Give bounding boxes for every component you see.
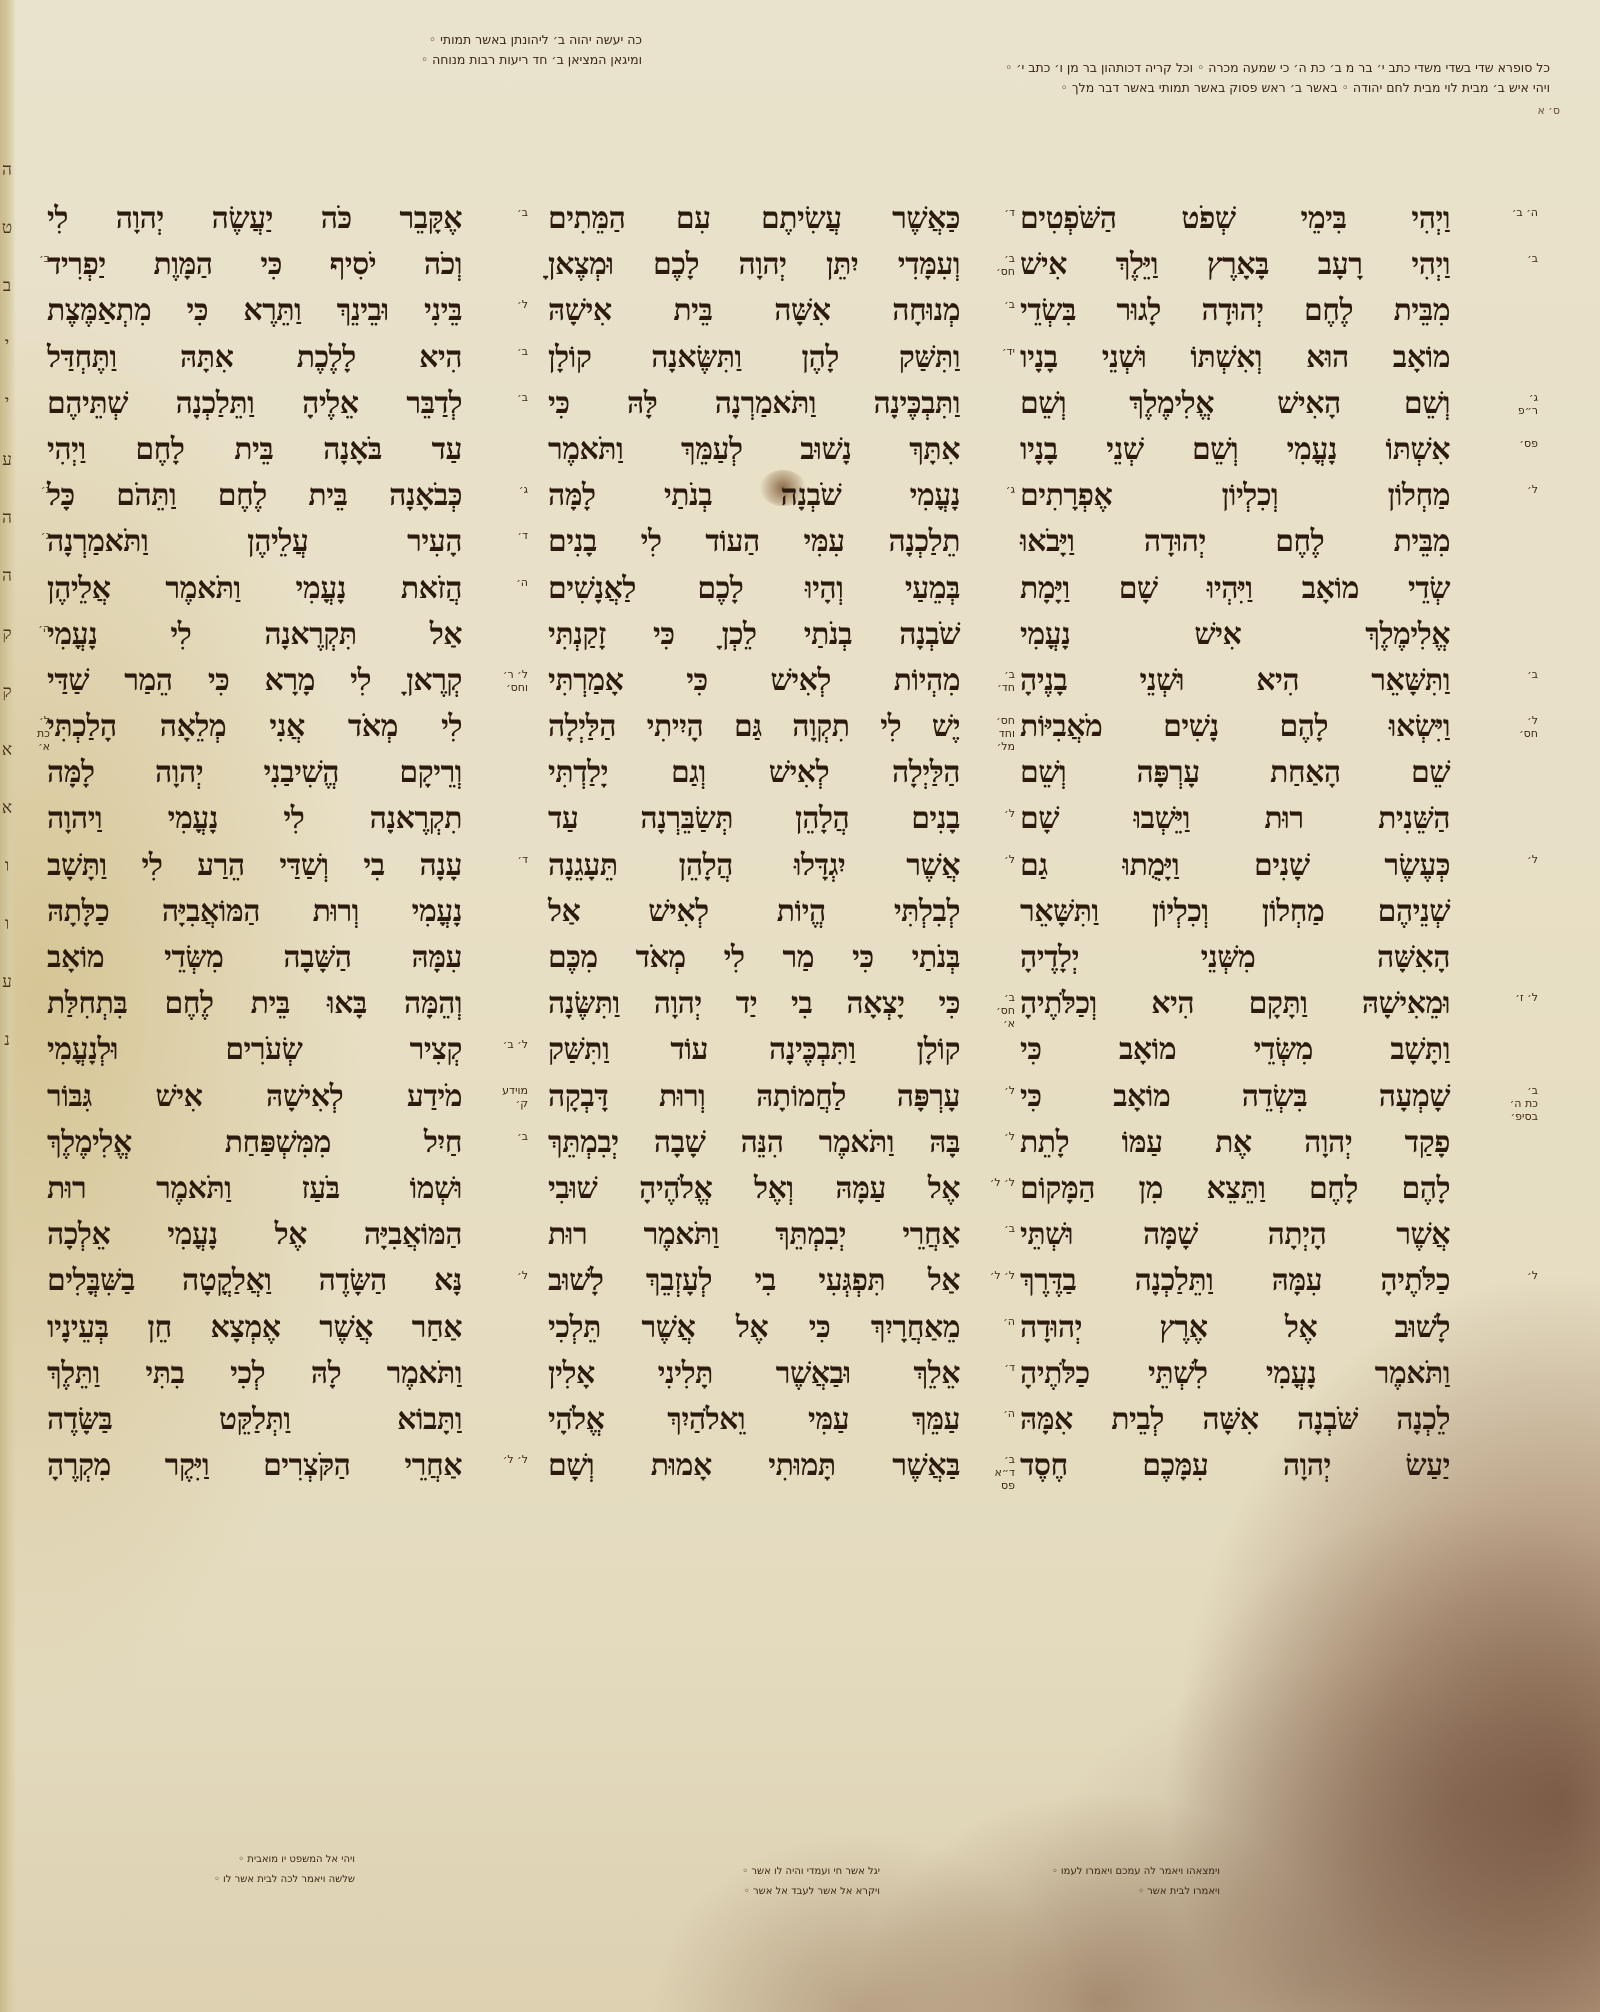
margin-note: ל׳ xyxy=(517,1269,528,1282)
text-line: וַתָּבוֹא וַתְּלַקֵּט בַּשָּׂדֶה xyxy=(47,1397,462,1443)
margin-note: ב׳ xyxy=(1004,298,1015,311)
text-line: עַד בֹּאָנָה בֵּית לָחֶם וַיְהִי xyxy=(47,427,462,473)
text-line: קְרֶאןָ לִי מָרָא כִּי הֵמַר שַׁדַּי xyxy=(47,658,462,704)
margin-note-text: וחד xyxy=(996,727,1015,740)
margin-note: ב׳ xyxy=(1527,668,1538,681)
margin-note-text: ד״א xyxy=(995,1466,1015,1479)
text-line: בֵּינִי וּבֵינֵךְ וַתֵּרֶא כִּי מִתְאַמֶ… xyxy=(47,288,462,334)
margin-note: ה׳ ב׳ xyxy=(1512,206,1538,219)
masorah-line: ויהי אל המשפט יו מואבית ◦ xyxy=(214,1850,355,1870)
margin-note-text: ב׳ xyxy=(39,252,50,265)
margin-note-text: ל׳ xyxy=(1527,1269,1538,1282)
text-line: עַמֵּךְ עַמִּי וֵאלֹהַיִךְ אֱלֹהָי xyxy=(548,1397,960,1443)
margin-note-text: חס׳ xyxy=(996,265,1015,278)
margin-note-text: יד׳ xyxy=(1002,345,1015,358)
margin-note: ה׳ xyxy=(38,622,50,635)
margin-note-text: ב׳ xyxy=(1510,1084,1538,1097)
margin-note-text: ל׳ xyxy=(1004,807,1015,820)
margin-note: ל׳ ב׳ xyxy=(503,1038,528,1051)
text-column-right: וַיְהִי בִּימֵי שְׁפֹט הַשֹּׁפְטִיםוַיְה… xyxy=(1020,196,1450,1489)
text-line: וְהֵמָּה בָּאוּ בֵּית לֶחֶם בִּתְחִלַּת xyxy=(47,981,462,1027)
margin-note: ל׳ ל׳ xyxy=(990,1176,1015,1189)
margin-note: ב׳ xyxy=(1004,1222,1015,1235)
text-line: הַלַּיְלָה לְאִישׁ וְגַם יָלַדְתִּי xyxy=(548,750,960,796)
text-line: וּשְׁמוֹ בֹּעַז וַתֹּאמֶר רוּת xyxy=(47,1166,462,1212)
text-line: וַתֹּאמֶר נָעֳמִי לִשְׁתֵּי כַלֹּתֶיהָ xyxy=(1020,1351,1450,1397)
text-line: הִיא לָלֶכֶת אִתָּהּ וַתֶּחְדַּל xyxy=(47,335,462,381)
margin-note-text: ד׳ xyxy=(517,853,528,866)
margin-note-text: ג׳ xyxy=(41,529,50,542)
margin-note: ל׳ xyxy=(517,298,528,311)
margin-note: ל׳ xyxy=(1004,807,1015,820)
text-line: כַלֹּתֶיהָ עִמָּהּ וַתֵּלַכְנָה בַדֶּרֶך… xyxy=(1020,1258,1450,1304)
text-line: וַתֹּאמֶר לָהּ לְכִי בִתִּי וַתֵּלֶךְ xyxy=(47,1351,462,1397)
margin-note-text: ב׳ xyxy=(1527,252,1538,265)
text-line: וַתִּבְכֶּינָה וַתֹּאמַרְנָה לָּהּ כִּי xyxy=(548,381,960,427)
margin-note: ב׳ xyxy=(517,206,528,219)
margin-note: ב׳ד״אפס xyxy=(995,1453,1015,1492)
margin-note-text: בסיפ׳ xyxy=(1510,1110,1538,1123)
margin-note: ל׳ xyxy=(1004,1084,1015,1097)
margin-note-text: חס׳ xyxy=(1519,727,1538,740)
text-line: מַחְלוֹן וְכִלְיוֹן אֶפְרָתִים xyxy=(1020,473,1450,519)
masorah-line: ויאמרו לבית אשר ◦ xyxy=(1052,1882,1220,1902)
margin-note-text: חס׳ xyxy=(996,1004,1015,1017)
margin-note-text: ד׳ xyxy=(517,529,528,542)
masorah-line: ויהי איש ב׳ מבית לוי מבית לחם יהודה ◦ בא… xyxy=(1005,78,1550,98)
text-line: מִהְיוֹת לְאִישׁ כִּי אָמַרְתִּי xyxy=(548,658,960,704)
margin-note-text: ב׳ xyxy=(997,668,1015,681)
margin-note-text: ג׳ xyxy=(1006,483,1015,496)
text-line: לָשׁוּב אֶל אֶרֶץ יְהוּדָה xyxy=(1020,1305,1450,1351)
text-line: יֶשׁ לִי תִקְוָה גַּם הָיִיתִי הַלַּיְלָ… xyxy=(548,704,960,750)
text-line: קוֹלָן וַתִּבְכֶּינָה עוֹד וַתִּשַּׁק xyxy=(548,1027,960,1073)
text-line: תִקְרֶאנָה לִי נָעֳמִי וַיהוָה xyxy=(47,796,462,842)
text-line: הַמּוֹאֲבִיָּה אֶל נָעֳמִי אֵלְכָה xyxy=(47,1212,462,1258)
text-line: מְנוּחָה אִשָּׁה בֵּית אִישָׁהּ xyxy=(548,288,960,334)
text-line: עָנָה בִי וְשַׁדַּי הֵרַע לִי וַתָּשָׁב xyxy=(47,843,462,889)
margin-note: ב׳ xyxy=(1527,252,1538,265)
margin-note: ל׳כתא׳ xyxy=(37,714,50,753)
margin-note: ג׳ xyxy=(41,483,50,496)
margin-note-text: ג׳ xyxy=(1518,391,1538,404)
margin-note-text: מל׳ xyxy=(996,740,1015,753)
text-line: וַיְהִי רָעָב בָּאָרֶץ וַיֵּלֶךְ אִישׁ xyxy=(1020,242,1450,288)
margin-note: ב׳חס׳ xyxy=(996,252,1015,278)
text-column-left: אֶקָּבֵר כֹּה יַעֲשֶׂה יְהוָה לִיוְכֹה י… xyxy=(47,196,462,1489)
text-line: שְׁנֵיהֶם מַחְלוֹן וְכִלְיוֹן וַתִּשָּׁא… xyxy=(1020,889,1450,935)
margin-note-text: א׳ xyxy=(996,1017,1015,1030)
margin-note: ב׳ xyxy=(517,345,528,358)
previous-page-edge-letters: הטבייעההקקאאווענ xyxy=(0,160,14,1050)
masorah-line: שלשה ויאמר לכה לבית אשר לו ◦ xyxy=(214,1870,355,1890)
margin-note: ה׳ xyxy=(1003,1315,1015,1328)
margin-note-text: וחס׳ xyxy=(503,681,528,694)
margin-note-text: ל׳ ז׳ xyxy=(1515,991,1538,1004)
text-line: לִי מְאֹד אֲנִי מְלֵאָה הָלַכְתִּי xyxy=(47,704,462,750)
margin-note: ג׳ xyxy=(41,529,50,542)
text-line: תֵלַכְנָה עִמִּי הַעוֹד לִי בָנִים xyxy=(548,519,960,565)
masorah-line: וימצאהו ויאמר לה עמכם ויאמרו לעמו ◦ xyxy=(1052,1862,1220,1882)
text-column-middle: כַּאֲשֶׁר עֲשִׂיתֶם עִם הַמֵּתִיםוְעִמָּ… xyxy=(548,196,960,1489)
edge-letter: ק xyxy=(0,682,14,702)
margin-note: ד׳ xyxy=(1004,1361,1015,1374)
margin-note: ל׳ ז׳ xyxy=(1515,991,1538,1004)
margin-note-text: ל׳ xyxy=(37,714,50,727)
margin-note-text: ב׳ xyxy=(517,206,528,219)
margin-note-text: ק׳ xyxy=(502,1097,528,1110)
margin-note-text: ד׳ xyxy=(1004,206,1015,219)
text-line: פָקַד יְהוָה אֶת עַמּוֹ לָתֵת xyxy=(1020,1120,1450,1166)
margin-note-text: ב׳ xyxy=(1004,1222,1015,1235)
margin-note-text: ה׳ xyxy=(38,622,50,635)
text-line: מֹידַע לְאִישָׁהּ אִישׁ גִּבּוֹר xyxy=(47,1074,462,1120)
text-line: וַיְהִי בִּימֵי שְׁפֹט הַשֹּׁפְטִים xyxy=(1020,196,1450,242)
masorah-line: ומיגאן המציאן ב׳ חד ריעות רבות מנוחה ◦ xyxy=(421,50,642,70)
text-line: אֶקָּבֵר כֹּה יַעֲשֶׂה יְהוָה לִי xyxy=(47,196,462,242)
margin-note: ה׳ xyxy=(516,576,528,589)
margin-note: ל׳חס׳ xyxy=(1519,714,1538,740)
text-line: בָנִים הֲלָהֵן תְּשַׂבֵּרְנָה עַד xyxy=(548,796,960,842)
margin-note-text: ה׳ ב׳ xyxy=(1512,206,1538,219)
margin-note-text: ה׳ xyxy=(1003,1315,1015,1328)
margin-note: ל׳ ל׳ xyxy=(990,1269,1015,1282)
margin-note-text: ה׳ xyxy=(1003,1407,1015,1420)
folio-corner-mark: ס׳ א xyxy=(1537,104,1560,117)
margin-note-text: חד׳ xyxy=(997,681,1015,694)
margin-note: ל׳ xyxy=(1527,853,1538,866)
edge-letter: ו xyxy=(0,914,14,934)
margin-note-text: ל׳ xyxy=(1004,853,1015,866)
masorah-magna-bottom-left: ויהי אל המשפט יו מואבית ◦ שלשה ויאמר לכה… xyxy=(214,1850,355,1890)
margin-note: ל׳ ר׳וחס׳ xyxy=(503,668,528,694)
text-line: הַשֵּׁנִית רוּת וַיֵּשְׁבוּ שָׁם xyxy=(1020,796,1450,842)
text-line: אֵלֵךְ וּבַאֲשֶׁר תָּלִינִי אָלִין xyxy=(548,1351,960,1397)
text-line: אִתָּךְ נָשׁוּב לְעַמֵּךְ וַתֹּאמֶר xyxy=(548,427,960,473)
margin-note-text: ל׳ xyxy=(1519,714,1538,727)
margin-note: ב׳ xyxy=(517,1130,528,1143)
margin-note-text: ל׳ xyxy=(517,298,528,311)
text-line: קְצִיר שְׂעֹרִים וּלְנָעֳמִי xyxy=(47,1027,462,1073)
text-line: וְשֵׁם הָאִישׁ אֱלִימֶלֶךְ וְשֵׁם xyxy=(1020,381,1450,427)
text-line: הָאִשָּׁה מִשְּׁנֵי יְלָדֶיהָ xyxy=(1020,935,1450,981)
margin-note-text: ב׳ xyxy=(517,1130,528,1143)
text-line: וְרֵיקָם הֱשִׁיבַנִי יְהוָה לָמָּה xyxy=(47,750,462,796)
text-line: מֵאַחֲרָיִךְ כִּי אֶל אֲשֶׁר תֵּלְכִי xyxy=(548,1305,960,1351)
margin-note-text: ב׳ xyxy=(996,252,1015,265)
masorah-magna-bottom-middle: יגל אשר חי ועמדי והיה לו אשר ◦ ויקרא אל … xyxy=(742,1862,880,1902)
margin-note-text: ב׳ xyxy=(517,391,528,404)
margin-note: ל׳ xyxy=(1004,1130,1015,1143)
text-line: הָעִיר עֲלֵיהֶן וַתֹּאמַרְנָה xyxy=(47,519,462,565)
margin-note: מוידעק׳ xyxy=(502,1084,528,1110)
edge-letter: ה xyxy=(0,566,14,586)
margin-note-text: ל׳ xyxy=(1527,853,1538,866)
edge-letter: ה xyxy=(0,160,14,180)
text-line: שֵׁם הָאַחַת עָרְפָּה וְשֵׁם xyxy=(1020,750,1450,796)
text-line: וַתִּשָּׁאֵר הִיא וּשְׁנֵי בָנֶיהָ xyxy=(1020,658,1450,704)
text-line: וַתָּשָׁב מִשְּׂדֵי מוֹאָב כִּי xyxy=(1020,1027,1450,1073)
text-line: וַיִּשְׂאוּ לָהֶם נָשִׁים מֹאֲבִיּוֹת xyxy=(1020,704,1450,750)
margin-note: ל׳ ל׳ xyxy=(503,1453,528,1466)
margin-note-text: ל׳ ר׳ xyxy=(503,668,528,681)
text-line: מִבֵּית לֶחֶם יְהוּדָה וַיָּבֹאוּ xyxy=(1020,519,1450,565)
text-line: אֶל עַמָּהּ וְאֶל אֱלֹהֶיהָ שׁוּבִי xyxy=(548,1166,960,1212)
margin-note-text: ל׳ xyxy=(517,1269,528,1282)
margin-note-text: ל׳ ל׳ xyxy=(990,1269,1015,1282)
edge-letter: י xyxy=(0,392,14,412)
text-line: נָּא הַשָּׂדֶה וַאֲלַקֳטָה בַשִּׁבֳּלִים xyxy=(47,1258,462,1304)
text-line: אֲשֶׁר הָיְתָה שָׁמָּה וּשְׁתֵּי xyxy=(1020,1212,1450,1258)
margin-note-text: פס׳ xyxy=(1519,437,1538,450)
margin-note-text: חס׳ xyxy=(996,714,1015,727)
margin-note-text: ל׳ ל׳ xyxy=(503,1453,528,1466)
text-line: אֱלִימֶלֶךְ אִישׁ נָעֳמִי xyxy=(1020,612,1450,658)
text-line: וְכֹה יֹסִיף כִּי הַמָּוֶת יַפְרִיד xyxy=(47,242,462,288)
edge-letter: ק xyxy=(0,624,14,644)
masorah-line: כה יעשה יהוה ב׳ ליהונתן באשר תמותי ◦ xyxy=(421,30,642,50)
text-line: לְדַבֵּר אֵלֶיהָ וַתֵּלַכְנָה שְׁתֵּיהֶם xyxy=(47,381,462,427)
margin-note: ב׳ xyxy=(39,252,50,265)
margin-note: ב׳ xyxy=(517,391,528,404)
text-line: מוֹאָב הוּא וְאִשְׁתּוֹ וּשְׁנֵי בָנָיו xyxy=(1020,335,1450,381)
margin-note: ג׳ xyxy=(519,483,528,496)
text-line: שֹׁבְנָה בְנֹתַי לֵכְןָ כִּי זָקַנְתִּי xyxy=(548,612,960,658)
masorah-magna-top-right: כל סופרא שדי בשדי משדי כתב י׳ בר מ ב׳ כת… xyxy=(1005,58,1550,98)
edge-letter: א xyxy=(0,798,14,818)
margin-note-text: ל׳ ל׳ xyxy=(990,1176,1015,1189)
edge-letter: ב xyxy=(0,276,14,296)
text-line: כְּעֶשֶׂר שָׁנִים וַיָּמֻתוּ גַם xyxy=(1020,843,1450,889)
text-line: שָׁמְעָה בִּשְׂדֵה מוֹאָב כִּי xyxy=(1020,1074,1450,1120)
masorah-line: ויקרא אל אשר לעבד אל אשר ◦ xyxy=(742,1882,880,1902)
text-line: עָרְפָּה לַחֲמוֹתָהּ וְרוּת דָּבְקָה xyxy=(548,1074,960,1120)
edge-letter: ו xyxy=(0,856,14,876)
margin-note: חס׳וחדמל׳ xyxy=(996,714,1015,753)
text-line: לֵכְנָה שֹּׁבְנָה אִשָּׁה לְבֵית אִמָּהּ xyxy=(1020,1397,1450,1443)
margin-note-text: כת ה׳ xyxy=(1510,1097,1538,1110)
margin-note-text: ר״פ xyxy=(1518,404,1538,417)
text-line: לְבִלְתִּי הֱיוֹת לְאִישׁ אַל xyxy=(548,889,960,935)
margin-note-text: כת xyxy=(37,727,50,740)
text-line: כְּבֹאָנָה בֵּית לֶחֶם וַתֵּהֹם כָּל xyxy=(47,473,462,519)
text-line: יַעַשׂ יְהוָה עִמָּכֶם חֶסֶד xyxy=(1020,1443,1450,1489)
text-line: נָעֳמִי שֹׁבְנָה בְנֹתַי לָמָּה xyxy=(548,473,960,519)
text-line: אִשְׁתּוֹ נָעֳמִי וְשֵׁם שְׁנֵי בָנָיו xyxy=(1020,427,1450,473)
text-line: וְעִמָּדִי יִתֵּן יְהוָה לָכֶם וּמְצֶאןָ xyxy=(548,242,960,288)
edge-letter: א xyxy=(0,740,14,760)
margin-note-text: ב׳ xyxy=(995,1453,1015,1466)
edge-letter: ה xyxy=(0,508,14,528)
margin-note: ל׳ xyxy=(1527,1269,1538,1282)
text-line: כַּאֲשֶׁר עֲשִׂיתֶם עִם הַמֵּתִים xyxy=(548,196,960,242)
text-line: וַתִּשַּׁק לָהֶן וַתִּשֶּׂאנָה קוֹלָן xyxy=(548,335,960,381)
text-line: אַחֲרֵי הַקֹּצְרִים וַיִּקֶר מִקְרֶהָ xyxy=(47,1443,462,1489)
masorah-magna-top-left: כה יעשה יהוה ב׳ ליהונתן באשר תמותי ◦ ומי… xyxy=(421,30,642,70)
margin-note: ב׳חד׳ xyxy=(997,668,1015,694)
edge-letter: ט xyxy=(0,218,14,238)
margin-note: ב׳כת ה׳בסיפ׳ xyxy=(1510,1084,1538,1123)
margin-note: ב׳חס׳א׳ xyxy=(996,991,1015,1030)
margin-note-text: א׳ xyxy=(37,740,50,753)
margin-note: ל׳ xyxy=(1527,483,1538,496)
masorah-line: כל סופרא שדי בשדי משדי כתב י׳ בר מ ב׳ כת… xyxy=(1005,58,1550,78)
text-line: בָּהּ וַתֹּאמֶר הִנֵּה שָׁבָה יְבִמְתֵּך… xyxy=(548,1120,960,1166)
text-line: שְׂדֵי מוֹאָב וַיִּהְיוּ שָׁם וַיָּמָת xyxy=(1020,566,1450,612)
text-line: אַל תִּקְרֶאנָה לִי נָעֳמִי xyxy=(47,612,462,658)
margin-note-text: ג׳ xyxy=(41,483,50,496)
text-line: בְּנֹתַי כִּי מַר לִי מְאֹד מִכֶּם xyxy=(548,935,960,981)
text-line: אַל תִּפְגְּעִי בִי לְעָזְבֵךְ לָשׁוּב xyxy=(548,1258,960,1304)
margin-note-text: ב׳ xyxy=(517,345,528,358)
text-line: בַּאֲשֶׁר תָּמוּתִי אָמוּת וְשָׁם xyxy=(548,1443,960,1489)
text-line: מִבֵּית לֶחֶם יְהוּדָה לָגוּר בִּשְׂדֵי xyxy=(1020,288,1450,334)
text-line: חַיִל מִמִּשְׁפַּחַת אֱלִימֶלֶךְ xyxy=(47,1120,462,1166)
margin-note: ה׳ xyxy=(1003,1407,1015,1420)
margin-note: ל׳ xyxy=(1004,853,1015,866)
margin-note-text: פס xyxy=(995,1479,1015,1492)
text-line: אַחֲרֵי יְבִמְתֵּךְ וַתֹּאמֶר רוּת xyxy=(548,1212,960,1258)
margin-note-text: ד׳ xyxy=(1004,1361,1015,1374)
edge-letter: נ xyxy=(0,1030,14,1050)
text-line: אַחַר אֲשֶׁר אֶמְצָא חֵן בְּעֵינָיו xyxy=(47,1305,462,1351)
margin-note-text: ב׳ xyxy=(1004,298,1015,311)
text-line: נָעֳמִי וְרוּת הַמּוֹאֲבִיָּה כַלָּתָהּ xyxy=(47,889,462,935)
margin-note-text: ג׳ xyxy=(519,483,528,496)
edge-letter: ע xyxy=(0,450,14,470)
margin-note-text: מוידע xyxy=(502,1084,528,1097)
edge-letter: ע xyxy=(0,972,14,992)
margin-note: יד׳ xyxy=(1002,345,1015,358)
text-line: הֲזֹאת נָעֳמִי וַתֹּאמֶר אֲלֵיהֶן xyxy=(47,566,462,612)
margin-note: ד׳ xyxy=(517,529,528,542)
masorah-magna-bottom-right: וימצאהו ויאמר לה עמכם ויאמרו לעמו ◦ ויאמ… xyxy=(1052,1862,1220,1902)
margin-note: פס׳ xyxy=(1519,437,1538,450)
margin-note-text: ל׳ xyxy=(1004,1130,1015,1143)
margin-note: ג׳ר״פ xyxy=(1518,391,1538,417)
masorah-line: יגל אשר חי ועמדי והיה לו אשר ◦ xyxy=(742,1862,880,1882)
margin-note: ד׳ xyxy=(517,853,528,866)
margin-note-text: ב׳ xyxy=(1527,668,1538,681)
text-line: בְּמֵעַי וְהָיוּ לָכֶם לַאֲנָשִׁים xyxy=(548,566,960,612)
text-line: וּמֵאִישָׁהּ וַתָּקָם הִיא וְכַלֹּתֶיהָ xyxy=(1020,981,1450,1027)
margin-note-text: ה׳ xyxy=(516,576,528,589)
text-line: כִּי יָצְאָה בִי יַד יְהוָה וַתִּשֶּׂנָה xyxy=(548,981,960,1027)
margin-note-text: ב׳ xyxy=(996,991,1015,1004)
margin-note: ד׳ xyxy=(1004,206,1015,219)
margin-note-text: ל׳ ב׳ xyxy=(503,1038,528,1051)
text-line: עִמָּהּ הַשָּׁבָה מִשְּׂדֵי מוֹאָב xyxy=(47,935,462,981)
margin-note-text: ל׳ xyxy=(1004,1084,1015,1097)
margin-note: ג׳ xyxy=(1006,483,1015,496)
text-line: לָהֶם לָחֶם וַתֵּצֵא מִן הַמָּקוֹם xyxy=(1020,1166,1450,1212)
edge-letter: י xyxy=(0,334,14,354)
text-line: אֲשֶׁר יִגְדָּלוּ הֲלָהֵן תֵּעָגֵנָה xyxy=(548,843,960,889)
margin-note-text: ל׳ xyxy=(1527,483,1538,496)
